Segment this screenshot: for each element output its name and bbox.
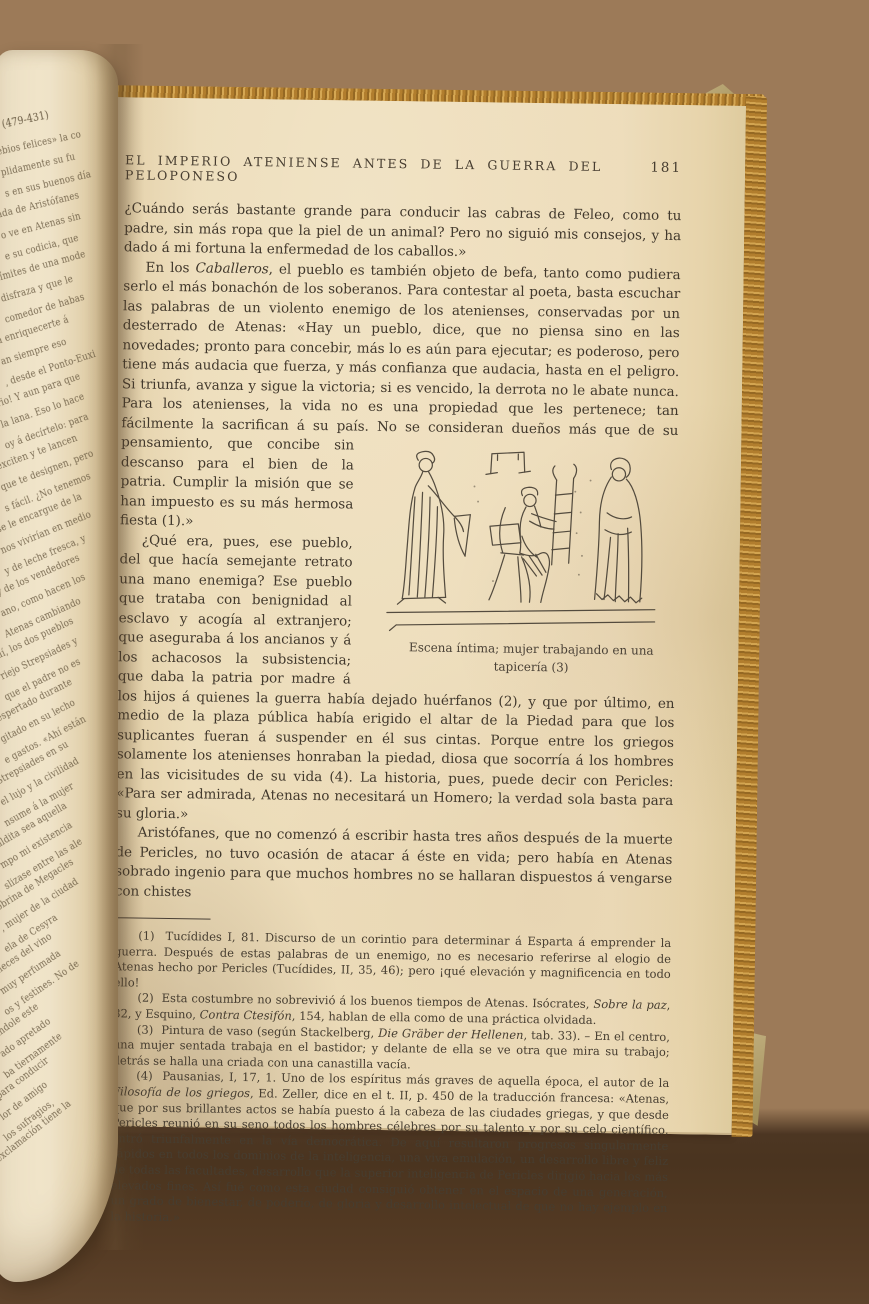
photo-background: EL IMPERIO ATENIENSE ANTES DE LA GUERRA … (0, 0, 869, 1304)
paragraph-continuation: ¿Cuándo serás bastante grande para condu… (124, 199, 682, 265)
previous-page-text: (479-431) ebios felices» la coplidamente… (0, 50, 118, 1282)
book-page: EL IMPERIO ATENIENSE ANTES DE LA GUERRA … (90, 96, 746, 1135)
footnote-4: (4) Pausanias, I, 17, 1. Uno de los espí… (110, 1069, 669, 1233)
vase-illustration-figure: Escena íntima; mujer trabajando en unata… (365, 440, 678, 678)
page-number: 181 (650, 160, 682, 176)
footnote-3: (3) Pintura de vaso (según Stackelberg, … (112, 1022, 670, 1077)
header-title: EL IMPERIO ATENIENSE ANTES DE LA GUERRA … (125, 152, 615, 189)
chapter-date-range: (479-431) (1, 108, 50, 131)
vase-drawing (372, 440, 671, 642)
paragraph-caballeros: En los Caballeros, el pueblo es también … (120, 258, 681, 539)
figure-caption: Escena íntima; mujer trabajando en unata… (365, 638, 675, 678)
footnote-rule (115, 917, 211, 919)
paragraph-aristofanes: Aristófanes, que no comenzó á escribir h… (115, 823, 673, 909)
previous-pages-stack: (479-431) ebios felices» la coplidamente… (0, 50, 118, 1282)
running-header: EL IMPERIO ATENIENSE ANTES DE LA GUERRA … (125, 152, 682, 190)
page-content: EL IMPERIO ATENIENSE ANTES DE LA GUERRA … (88, 96, 746, 1233)
footnote-1: (1) Tucídides I, 81. Discurso de un cori… (114, 928, 672, 998)
